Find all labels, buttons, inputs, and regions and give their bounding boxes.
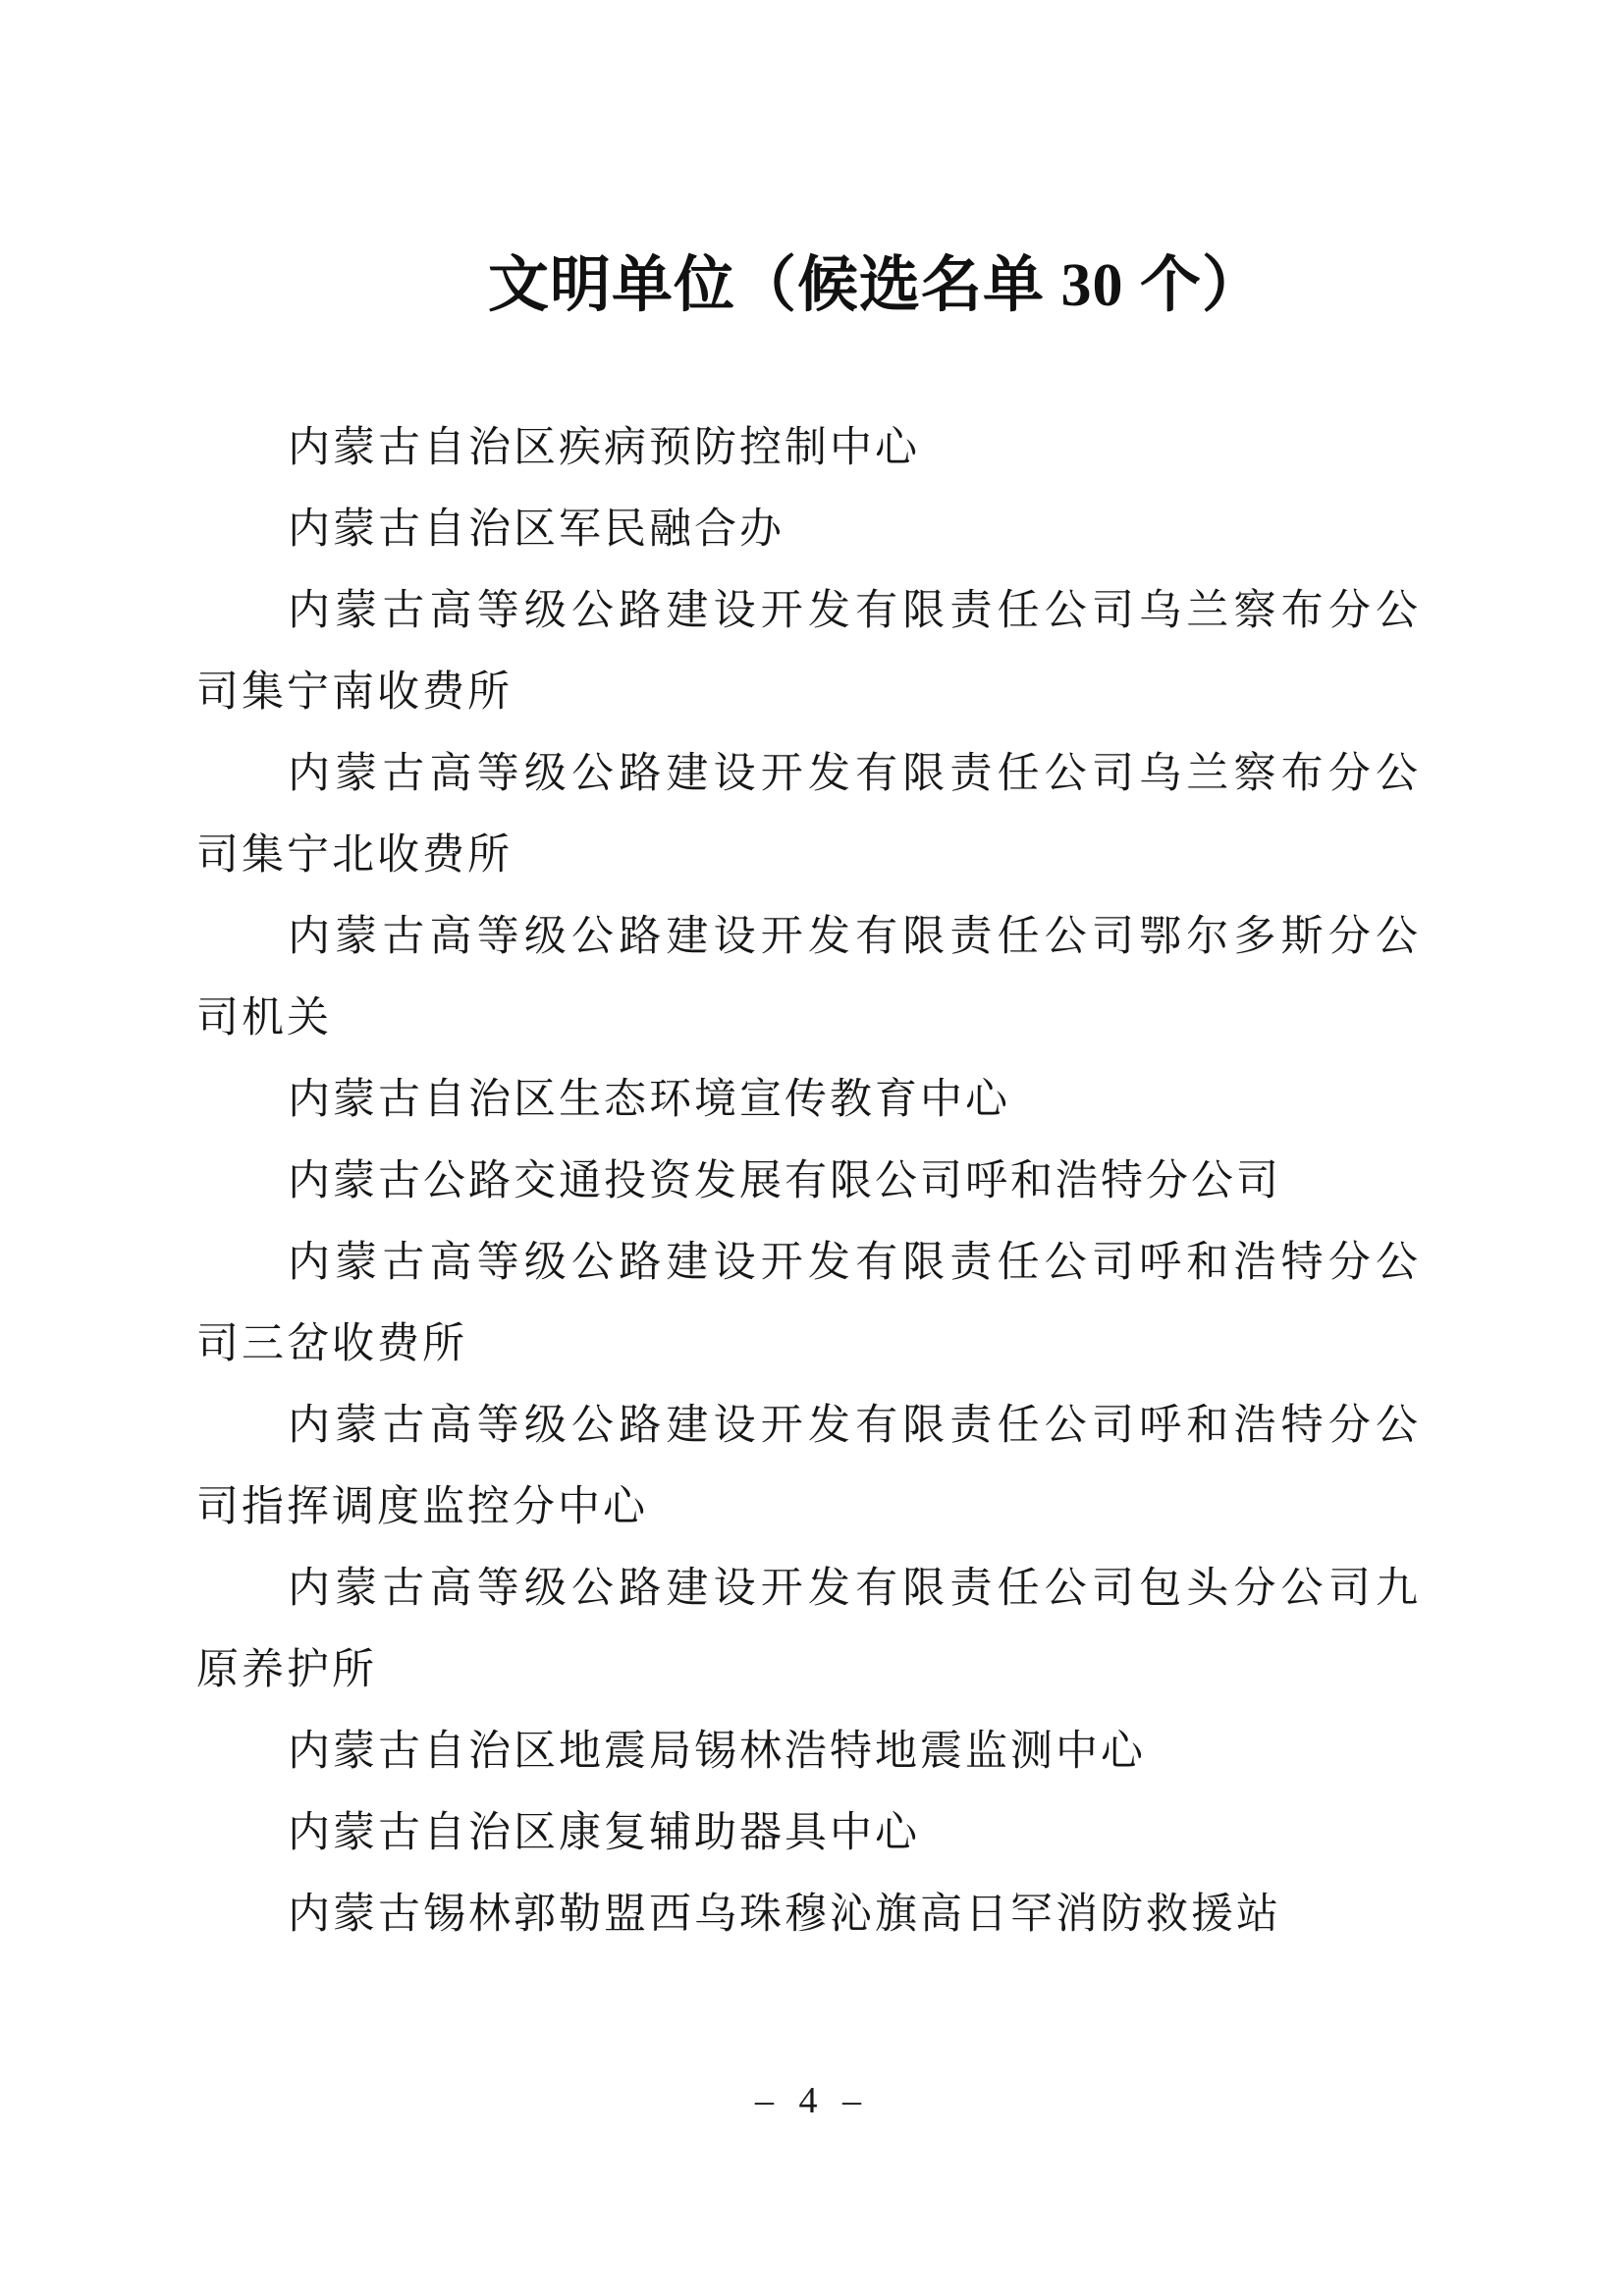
- unit-line: 司集宁北收费所: [196, 815, 1421, 896]
- unit-line: 内蒙古高等级公路建设开发有限责任公司鄂尔多斯分公: [196, 896, 1421, 978]
- unit-line: 内蒙古自治区地震局锡林浩特地震监测中心: [196, 1711, 1421, 1792]
- unit-line: 原养护所: [196, 1629, 1421, 1711]
- unit-line: 内蒙古自治区生态环境宣传教育中心: [196, 1059, 1421, 1141]
- unit-line: 内蒙古高等级公路建设开发有限责任公司呼和浩特分公: [196, 1222, 1421, 1304]
- unit-list: 内蒙古自治区疾病预防控制中心 内蒙古自治区军民融合办 内蒙古高等级公路建设开发有…: [196, 407, 1421, 1955]
- unit-line: 内蒙古自治区康复辅助器具中心: [196, 1792, 1421, 1874]
- unit-line: 司三岔收费所: [196, 1304, 1421, 1385]
- unit-line: 内蒙古锡林郭勒盟西乌珠穆沁旗高日罕消防救援站: [196, 1874, 1421, 1955]
- unit-line: 司机关: [196, 978, 1421, 1059]
- unit-line: 司集宁南收费所: [196, 652, 1421, 733]
- page-number: – 4 –: [0, 2079, 1624, 2122]
- unit-line: 内蒙古高等级公路建设开发有限责任公司乌兰察布分公: [196, 570, 1421, 652]
- unit-line: 司指挥调度监控分中心: [196, 1467, 1421, 1548]
- unit-line: 内蒙古自治区疾病预防控制中心: [196, 407, 1421, 489]
- unit-line: 内蒙古高等级公路建设开发有限责任公司包头分公司九: [196, 1548, 1421, 1629]
- unit-line: 内蒙古高等级公路建设开发有限责任公司呼和浩特分公: [196, 1385, 1421, 1467]
- page-title: 文明单位（候选名单 30 个）: [488, 236, 1264, 323]
- unit-line: 内蒙古公路交通投资发展有限公司呼和浩特分公司: [196, 1141, 1421, 1222]
- unit-line: 内蒙古自治区军民融合办: [196, 489, 1421, 570]
- document-page: 文明单位（候选名单 30 个） 内蒙古自治区疾病预防控制中心 内蒙古自治区军民融…: [0, 0, 1624, 2296]
- unit-line: 内蒙古高等级公路建设开发有限责任公司乌兰察布分公: [196, 733, 1421, 815]
